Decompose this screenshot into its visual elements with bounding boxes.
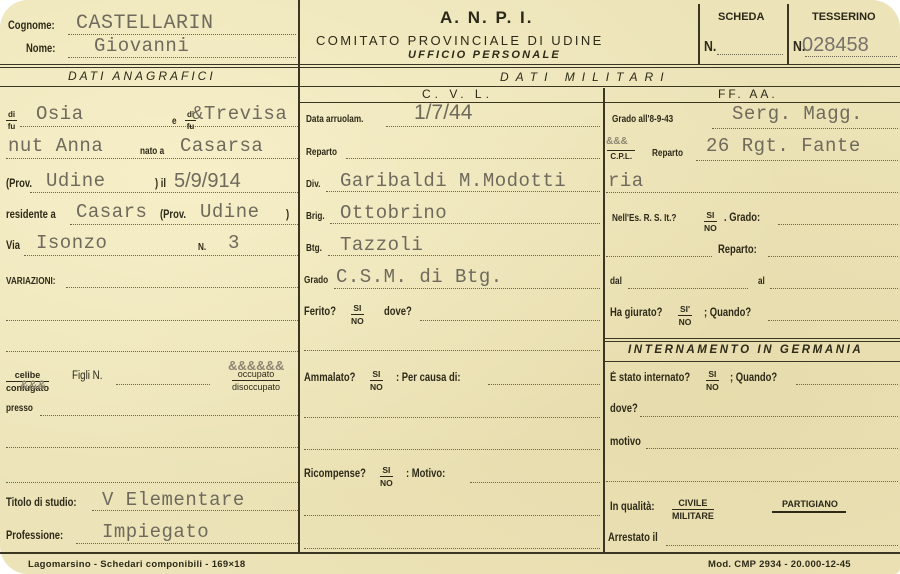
divider-tesserino bbox=[787, 4, 789, 64]
data-arruol-label: Data arruolam. bbox=[306, 114, 363, 125]
scheda-n-label: N. bbox=[704, 38, 716, 55]
intern-motivo-line bbox=[646, 448, 898, 449]
via-label: Via bbox=[6, 240, 20, 252]
footer-model: Mod. CMP 2934 - 20.000-12-45 bbox=[708, 559, 851, 570]
per-causa-label: : Per causa di: bbox=[396, 372, 460, 384]
grado-8943-label: Grado all'8-9-43 bbox=[612, 114, 673, 125]
ammalato-line-2 bbox=[304, 417, 600, 418]
reparto-cvl-line bbox=[346, 158, 600, 159]
tesserino-line bbox=[805, 56, 897, 57]
rsi-si-no[interactable]: SI NO bbox=[704, 210, 717, 233]
nato-a-value[interactable]: Casarsa bbox=[180, 135, 263, 157]
ricompense-si-no[interactable]: SI NO bbox=[380, 465, 393, 488]
father-line bbox=[20, 126, 298, 127]
rsi-reparto-label: Reparto: bbox=[718, 244, 757, 256]
section-internamento: INTERNAMENTO IN GERMANIA bbox=[628, 344, 863, 356]
extra-line-2 bbox=[6, 482, 298, 483]
divider-left bbox=[298, 0, 300, 552]
csm-cpl-fraction: C.S.M. C.P.L. bbox=[607, 140, 635, 161]
professione-value[interactable]: Impiegato bbox=[102, 521, 209, 543]
grado-cvl-line bbox=[334, 288, 600, 289]
qualita-label: In qualità: bbox=[610, 501, 655, 513]
residente-label: residente a bbox=[6, 209, 56, 221]
committee-title: COMITATO PROVINCIALE DI UDINE bbox=[316, 33, 604, 48]
titolo-value[interactable]: V Elementare bbox=[102, 489, 245, 511]
arrestato-line bbox=[666, 545, 898, 546]
al-line bbox=[770, 288, 898, 289]
anpi-personnel-card: Cognome: CASTELLARIN Nome: Giovanni A. N… bbox=[0, 0, 900, 574]
ammalato-label: Ammalato? bbox=[304, 372, 355, 384]
professione-label: Professione: bbox=[6, 530, 63, 542]
reparto-ffaa-label: Reparto bbox=[652, 148, 683, 159]
rule-top-1 bbox=[0, 64, 900, 65]
mother-value[interactable]: &Trevisa bbox=[192, 103, 287, 125]
dal-label: dal bbox=[610, 276, 622, 287]
titolo-label: Titolo di studio: bbox=[6, 497, 77, 509]
btg-label: Btg. bbox=[306, 243, 322, 254]
reparto-ffaa-line-2 bbox=[606, 192, 898, 193]
occupazione-fraction: occupato disoccupato bbox=[232, 369, 280, 392]
brig-value[interactable]: Ottobrino bbox=[340, 202, 447, 224]
div-line bbox=[326, 191, 600, 192]
variazioni-line-1 bbox=[66, 287, 298, 288]
variazioni-label: VARIAZIONI: bbox=[6, 276, 56, 287]
reparto-ffaa-line bbox=[696, 160, 898, 161]
nome-label: Nome: bbox=[26, 43, 55, 55]
div-label: Div. bbox=[306, 179, 320, 190]
ammalato-si-no[interactable]: SI NO bbox=[370, 369, 383, 392]
civico-value[interactable]: 3 bbox=[228, 232, 240, 254]
rule-intern-1 bbox=[603, 338, 900, 339]
rule-militari bbox=[298, 86, 900, 87]
rule-top-2 bbox=[0, 67, 900, 68]
extra-line-1 bbox=[6, 447, 298, 448]
intern-motivo-line-2 bbox=[606, 481, 898, 482]
residente-line bbox=[70, 224, 298, 225]
ricompense-line-3 bbox=[304, 548, 600, 549]
nome-value[interactable]: Giovanni bbox=[94, 35, 189, 57]
al-label: al bbox=[758, 276, 765, 287]
figli-line bbox=[116, 384, 210, 385]
variazioni-line-2 bbox=[6, 320, 298, 321]
rsi-grado-label: . Grado: bbox=[724, 212, 760, 224]
ricompense-label: Ricompense? bbox=[304, 468, 366, 480]
section-dati-anagrafici: DATI ANAGRAFICI bbox=[68, 69, 216, 83]
partigiano-option[interactable]: PARTIGIANO bbox=[772, 499, 846, 513]
rule-intern-2 bbox=[603, 341, 900, 342]
mother-value-cont[interactable]: nut Anna bbox=[8, 135, 103, 157]
footer-printer: Lagomarsino - Schedari componibili - 169… bbox=[28, 559, 245, 570]
rule-bottom bbox=[0, 552, 900, 554]
rule-intern-3 bbox=[603, 361, 900, 362]
e-label: e bbox=[172, 116, 177, 127]
civile-militare-fraction[interactable]: CIVILE MILITARE bbox=[672, 498, 714, 521]
birth-date-value[interactable]: 5/9/914 bbox=[174, 170, 241, 193]
prov-value[interactable]: Udine bbox=[46, 170, 106, 192]
grado-8943-line bbox=[712, 128, 898, 129]
section-dati-militari: DATI MILITARI bbox=[500, 70, 671, 84]
divider-scheda bbox=[698, 4, 700, 64]
prov-label: (Prov. bbox=[6, 178, 32, 190]
di-fu-fraction: di fu bbox=[6, 110, 17, 131]
grado-cvl-value[interactable]: C.S.M. di Btg. bbox=[336, 266, 503, 288]
variazioni-line-3 bbox=[6, 351, 298, 352]
via-value[interactable]: Isonzo bbox=[36, 232, 107, 254]
divider-right bbox=[603, 88, 605, 552]
internato-label: È stato internato? bbox=[610, 372, 690, 384]
ferito-line-2 bbox=[304, 350, 600, 351]
reparto-cvl-label: Reparto bbox=[306, 147, 337, 158]
brig-label: Brig. bbox=[306, 211, 325, 222]
nato-line bbox=[6, 158, 298, 159]
per-causa-line bbox=[488, 384, 600, 385]
grado-cvl-label: Grado bbox=[304, 275, 328, 286]
il-label: ) il bbox=[155, 178, 166, 190]
reparto-ffaa-value[interactable]: 26 Rgt. Fante bbox=[706, 135, 861, 157]
tesserino-value[interactable]: 028458 bbox=[802, 34, 869, 57]
figli-label: Figli N. bbox=[72, 370, 102, 382]
father-value[interactable]: Osia bbox=[36, 103, 84, 125]
btg-line bbox=[328, 255, 600, 256]
div-value-cont[interactable]: ria bbox=[608, 170, 644, 192]
scheda-line bbox=[717, 54, 783, 55]
org-title: A. N. P. I. bbox=[440, 8, 534, 28]
ferito-label: Ferito? bbox=[304, 306, 336, 318]
cvl-title: C. V. L. bbox=[422, 87, 493, 101]
office-title: UFFICIO PERSONALE bbox=[408, 49, 561, 61]
ammalato-line-3 bbox=[304, 449, 600, 450]
internato-si-no[interactable]: SI NO bbox=[706, 369, 719, 392]
giurato-quando-label: ; Quando? bbox=[704, 307, 751, 319]
cognome-label: Cognome: bbox=[8, 20, 55, 32]
res-prov-label: (Prov. bbox=[160, 209, 186, 221]
motivo-line bbox=[470, 482, 600, 483]
intern-motivo-label: motivo bbox=[610, 436, 641, 448]
giurato-quando-line bbox=[768, 320, 898, 321]
giurato-label: Ha giurato? bbox=[610, 307, 662, 319]
res-prov-close: ) bbox=[286, 209, 289, 221]
grado-8943-value[interactable]: Serg. Magg. bbox=[732, 103, 863, 125]
rsi-label: Nell'Es. R. S. It.? bbox=[612, 213, 676, 224]
res-prov-value[interactable]: Udine bbox=[200, 201, 260, 223]
div-value[interactable]: Garibaldi M.Modotti bbox=[340, 170, 566, 192]
presso-label: presso bbox=[6, 403, 33, 414]
data-arruol-value[interactable]: 1/7/44 bbox=[414, 101, 472, 125]
intern-dove-label: dove? bbox=[610, 403, 638, 415]
ferito-si-no[interactable]: SI NO bbox=[351, 303, 364, 326]
nato-a-label: nato a bbox=[140, 146, 164, 157]
cognome-value[interactable]: CASTELLARIN bbox=[76, 12, 214, 35]
motivo-label: : Motivo: bbox=[406, 468, 445, 480]
tesserino-label: TESSERINO bbox=[812, 11, 876, 23]
giurato-si-no[interactable]: SI' NO bbox=[678, 304, 692, 327]
internato-quando-label: ; Quando? bbox=[730, 372, 777, 384]
prov-line bbox=[30, 192, 298, 193]
civico-label: N. bbox=[198, 242, 206, 253]
btg-value[interactable]: Tazzoli bbox=[340, 234, 423, 256]
internato-quando-line bbox=[796, 384, 898, 385]
ricompense-line-2 bbox=[304, 515, 600, 516]
ferito-dove-label: dove? bbox=[384, 306, 412, 318]
ffaa-title: FF. AA. bbox=[718, 87, 778, 101]
titolo-line bbox=[92, 510, 298, 511]
brig-line bbox=[330, 223, 600, 224]
scheda-label: SCHEDA bbox=[718, 11, 764, 23]
dal-line bbox=[628, 288, 748, 289]
rsi-reparto-line-left bbox=[606, 256, 712, 257]
residente-value[interactable]: Casars bbox=[76, 201, 147, 223]
via-line bbox=[24, 255, 298, 256]
professione-line bbox=[76, 543, 298, 544]
rsi-reparto-line bbox=[768, 256, 898, 257]
ferito-dove-line bbox=[420, 320, 600, 321]
data-arruol-line bbox=[386, 126, 600, 127]
coniugato-strike: &&& bbox=[20, 378, 46, 392]
nome-line bbox=[68, 57, 296, 58]
intern-dove-line bbox=[640, 416, 898, 417]
presso-line bbox=[40, 415, 298, 416]
rsi-grado-line bbox=[778, 224, 898, 225]
arrestato-label: Arrestato il bbox=[608, 532, 658, 544]
